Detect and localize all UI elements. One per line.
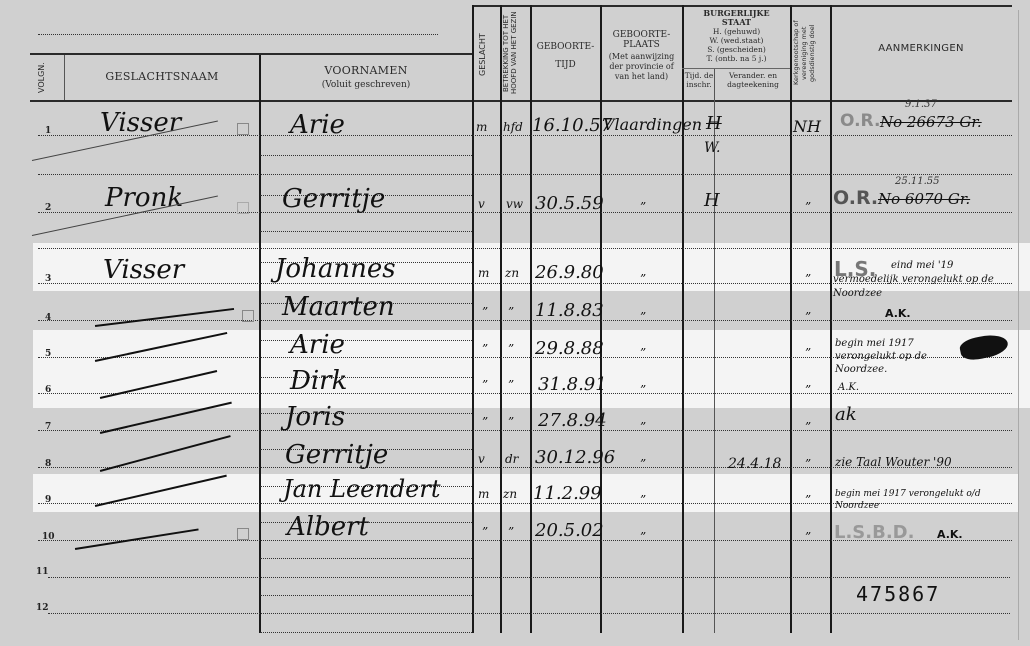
initials-ak: A.K.	[937, 528, 963, 541]
sex-cell: ”	[482, 525, 488, 539]
civil-status-cell: H	[704, 190, 720, 211]
given-name-cell: Albert	[287, 512, 369, 542]
birth-date-cell: 16.10.57	[532, 115, 612, 136]
given-name-cell: Arie	[290, 330, 345, 360]
church-cell: ”	[805, 457, 811, 471]
row-number: 3	[45, 274, 51, 284]
remark-cell: zie Taal Wouter '90	[835, 455, 952, 469]
stamp-or: O.R.	[833, 187, 878, 209]
row-number: 9	[45, 495, 51, 505]
header-voornamen: VOORNAMEN	[260, 66, 472, 76]
birth-date-cell: 11.8.83	[535, 300, 604, 321]
checkbox-mark-icon	[242, 310, 254, 322]
sex-cell: m	[478, 487, 489, 501]
sex-cell: v	[478, 452, 485, 466]
header-bs-t: T. (ontb. na 5 j.)	[683, 54, 790, 63]
birth-date-cell: 30.5.59	[535, 193, 604, 214]
church-cell: ”	[805, 272, 811, 286]
checkbox-mark-icon	[237, 528, 249, 540]
civil-status-cell: H	[706, 113, 722, 134]
church-cell: ”	[805, 346, 811, 360]
birth-place-cell: Vlaardingen	[603, 115, 702, 134]
birth-place-cell: ”	[640, 457, 646, 471]
right-margin-line	[1018, 10, 1019, 640]
given-name-cell: Johannes	[275, 254, 396, 284]
checkbox-mark-icon	[237, 123, 249, 135]
birth-place-cell: ”	[640, 272, 646, 286]
row-number: 2	[45, 203, 51, 213]
header-voornamen-sub: (Voluit geschreven)	[260, 80, 472, 90]
birth-date-cell: 31.8.91	[538, 374, 607, 395]
col-line-voornamen-left	[259, 55, 261, 633]
burgerlijke-staat-subrule	[682, 68, 790, 69]
birth-place-cell: ”	[640, 346, 646, 360]
remark-cell: No 6070 Gr.	[878, 190, 970, 208]
relation-cell: vw	[506, 197, 523, 211]
header-bs-w: W. (wed.staat)	[683, 36, 790, 45]
church-cell: NH	[793, 117, 821, 136]
row-number: 10	[42, 532, 55, 542]
given-name-cell: Maarten	[282, 292, 395, 322]
row-number: 12	[36, 603, 49, 613]
birth-date-cell: 27.8.94	[538, 410, 607, 431]
birth-date-cell: 20.5.02	[535, 520, 604, 541]
col-line-aanmerkingen-left	[830, 5, 832, 633]
sex-cell: ”	[482, 305, 488, 319]
birth-place-cell: ”	[640, 530, 646, 544]
col-line-geboortetijd-left	[530, 5, 532, 633]
header-volgn: VOLGN.	[37, 58, 49, 98]
row-number: 5	[45, 349, 51, 359]
initials-ak: A.K.	[885, 307, 911, 320]
church-cell: ”	[805, 310, 811, 324]
given-name-cell: Gerritje	[282, 184, 385, 214]
surname-cell: Visser	[100, 108, 181, 138]
church-cell: ”	[805, 493, 811, 507]
header-bs-h: H. (gehuwd)	[683, 27, 790, 36]
header-top-rule	[30, 53, 473, 55]
remark-cell: eind mei '19 vermoedelijk verongelukt op…	[833, 259, 1013, 301]
header-verander: Verander. en dagteekening	[716, 71, 790, 89]
row-number: 4	[45, 313, 51, 323]
birth-date-cell: 29.8.88	[535, 338, 604, 359]
relation-cell: dr	[505, 452, 518, 466]
header-geboorteplaats-2: PLAATS	[601, 40, 682, 50]
sex-cell: v	[478, 197, 485, 211]
given-name-cell: Joris	[285, 402, 345, 432]
col-line-geslacht-left	[472, 5, 474, 633]
change-date-cell: 24.4.18	[728, 456, 781, 472]
remark-cell: begin mei 1917 verongelukt op de Noordze…	[835, 337, 930, 376]
header-geslachtsnaam: GESLACHTSNAAM	[65, 72, 259, 82]
header-aanmerkingen: AANMERKINGEN	[831, 44, 1011, 54]
birth-place-cell: ”	[640, 383, 646, 397]
stamp-or: O.R.	[840, 111, 880, 131]
header-betrekking: BETREKKING TOT HET HOOFD VAN HET GEZIN	[502, 8, 528, 98]
header-tijd-inschr: Tijd. de inschr.	[684, 71, 714, 89]
church-cell: ”	[805, 420, 811, 434]
header-geslacht: GESLACHT	[478, 14, 492, 96]
row-number: 1	[45, 126, 51, 136]
serial-number: 475867	[856, 582, 940, 606]
row-number: 11	[36, 567, 49, 577]
remark-date: 9.1.37	[905, 99, 937, 110]
given-name-cell: Jan Leendert	[283, 475, 441, 503]
checkbox-mark-icon	[237, 202, 249, 214]
birth-date-cell: 11.2.99	[533, 483, 602, 504]
stamp-lsbd: L.S.B.D.	[834, 522, 914, 543]
row-number: 8	[45, 459, 51, 469]
relation-cell: zn	[503, 487, 517, 501]
col-line-betrekking-left	[500, 5, 502, 633]
relation-cell: hfd	[503, 120, 523, 134]
birth-place-cell: ”	[640, 200, 646, 214]
church-cell: ”	[805, 530, 811, 544]
row-number: 6	[45, 385, 51, 395]
given-name-cell: Dirk	[290, 366, 347, 396]
col-line-burgerlijke-staat-left	[682, 5, 684, 633]
surname-cell: Visser	[103, 255, 184, 285]
relation-cell: ”	[508, 415, 514, 429]
header-bs-s: S. (gescheiden)	[683, 45, 790, 54]
header-bottom-rule	[30, 100, 1012, 102]
header-kerkgenootschap: Kerkgenootschap of vereeniging met godsd…	[792, 8, 828, 98]
header-geboorteplaats-sub: (Met aanwijzing der provincie of van het…	[604, 52, 679, 82]
col-line-kerk-left	[790, 5, 792, 633]
remark-cell: begin mei 1917 verongelukt o/d Noordzee	[835, 488, 1025, 512]
header-geboortetijd-2: TIJD	[531, 60, 600, 70]
church-cell: ”	[805, 200, 811, 214]
church-cell: ”	[805, 383, 811, 397]
header-burgerlijke-staat-2: STAAT	[683, 17, 790, 27]
birth-place-cell: ”	[640, 493, 646, 507]
top-dotted-line	[38, 34, 438, 35]
sex-cell: m	[476, 120, 487, 134]
register-card: VOLGN. GESLACHTSNAAM VOORNAMEN (Voluit g…	[0, 0, 1030, 646]
relation-cell: ”	[508, 525, 514, 539]
header-top-rule-right	[472, 5, 1012, 7]
relation-cell: ”	[508, 378, 514, 392]
sex-cell: m	[478, 266, 489, 280]
birth-date-cell: 30.12.96	[535, 447, 615, 468]
birth-place-cell: ”	[640, 420, 646, 434]
birth-date-cell: 26.9.80	[535, 262, 604, 283]
surname-cell: Pronk	[105, 183, 183, 213]
remark-date: 25.11.55	[895, 176, 940, 187]
sex-cell: ”	[482, 415, 488, 429]
relation-cell: ”	[508, 305, 514, 319]
header-geboorteplaats-1: GEBOORTE-	[601, 30, 682, 40]
relation-cell: zn	[505, 266, 519, 280]
header-geboortetijd-1: GEBOORTE-	[531, 42, 600, 52]
initials-ak: A.K.	[838, 382, 859, 393]
remark-cell: No 26673 Gr.	[880, 113, 982, 131]
given-name-cell: Gerritje	[285, 440, 388, 470]
relation-cell: ”	[508, 342, 514, 356]
civil-status-cell-2: W.	[704, 140, 720, 156]
given-name-cell: Arie	[290, 110, 345, 140]
row-number: 7	[45, 422, 51, 432]
sex-cell: ”	[482, 378, 488, 392]
sex-cell: ”	[482, 342, 488, 356]
birth-place-cell: ”	[640, 310, 646, 324]
remark-cell: ak	[835, 404, 857, 425]
